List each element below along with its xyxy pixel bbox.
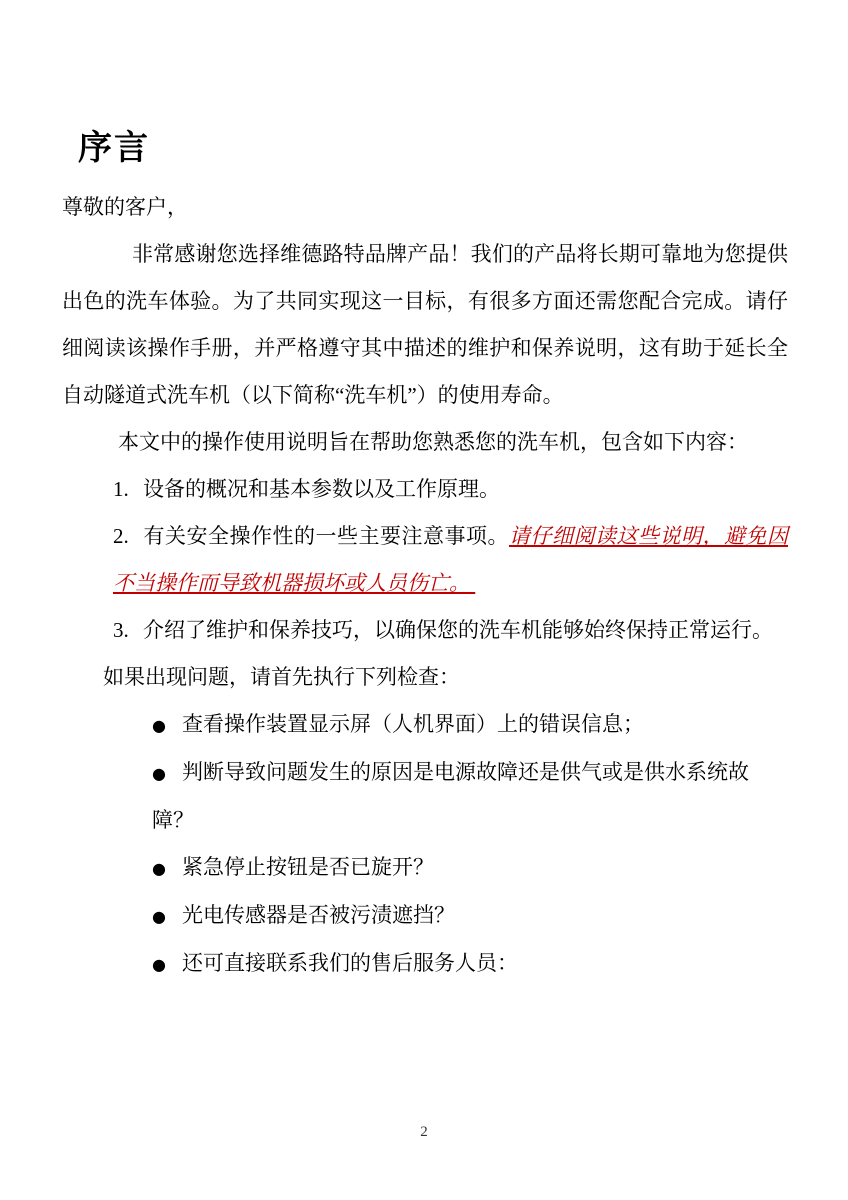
item-number: 3. bbox=[113, 607, 143, 654]
bullet-item: ●判断导致问题发生的原因是电源故障还是供气或是供水系统故障？ bbox=[152, 749, 788, 844]
salutation: 尊敬的客户， bbox=[62, 184, 788, 231]
bullet-text: 查看操作装置显示屏（人机界面）上的错误信息； bbox=[182, 712, 644, 736]
bullet-text: 光电传感器是否被污渍遮挡？ bbox=[182, 903, 455, 927]
page-title: 序言 bbox=[78, 126, 848, 172]
bullet-icon: ● bbox=[152, 893, 182, 940]
check-intro: 如果出现问题，请首先执行下列检查： bbox=[62, 654, 788, 701]
contents-lead-paragraph: 本文中的操作使用说明旨在帮助您熟悉您的洗车机，包含如下内容： bbox=[62, 419, 788, 466]
bullet-text: 判断导致问题发生的原因是电源故障还是供气或是供水系统故障？ bbox=[152, 760, 749, 832]
bullet-icon: ● bbox=[152, 941, 182, 988]
page-content: 尊敬的客户， 非常感谢您选择维德路特品牌产品！我们的产品将长期可靠地为您提供出色… bbox=[62, 184, 788, 988]
bullet-text: 紧急停止按钮是否已旋开？ bbox=[182, 855, 434, 879]
bullet-icon: ● bbox=[152, 750, 182, 797]
numbered-item-1: 1.设备的概况和基本参数以及工作原理。 bbox=[113, 466, 788, 513]
numbered-item-2: 2.有关安全操作性的一些主要注意事项。请仔细阅读这些说明，避免因不当操作而导致机… bbox=[113, 513, 788, 607]
item-text: 有关安全操作性的一些主要注意事项。 bbox=[143, 524, 509, 548]
bullet-icon: ● bbox=[152, 845, 182, 892]
numbered-item-3: 3.介绍了维护和保养技巧，以确保您的洗车机能够始终保持正常运行。 bbox=[113, 607, 788, 654]
bullet-icon: ● bbox=[152, 702, 182, 749]
document-page: 序言 尊敬的客户， 非常感谢您选择维德路特品牌产品！我们的产品将长期可靠地为您提… bbox=[0, 0, 848, 1200]
item-number: 2. bbox=[113, 513, 143, 560]
bullet-item: ●查看操作装置显示屏（人机界面）上的错误信息； bbox=[152, 701, 788, 749]
bullet-list: ●查看操作装置显示屏（人机界面）上的错误信息； ●判断导致问题发生的原因是电源故… bbox=[62, 701, 788, 988]
numbered-list: 1.设备的概况和基本参数以及工作原理。 2.有关安全操作性的一些主要注意事项。请… bbox=[62, 466, 788, 654]
bullet-item: ●还可直接联系我们的售后服务人员： bbox=[152, 940, 788, 988]
item-number: 1. bbox=[113, 466, 143, 513]
intro-paragraph: 非常感谢您选择维德路特品牌产品！我们的产品将长期可靠地为您提供出色的洗车体验。为… bbox=[62, 231, 788, 419]
bullet-item: ●紧急停止按钮是否已旋开？ bbox=[152, 844, 788, 892]
item-text: 设备的概况和基本参数以及工作原理。 bbox=[143, 477, 500, 501]
bullet-text: 还可直接联系我们的售后服务人员： bbox=[182, 951, 518, 975]
page-number: 2 bbox=[0, 1122, 848, 1142]
item-text: 介绍了维护和保养技巧，以确保您的洗车机能够始终保持正常运行。 bbox=[143, 618, 773, 642]
bullet-item: ●光电传感器是否被污渍遮挡？ bbox=[152, 892, 788, 940]
